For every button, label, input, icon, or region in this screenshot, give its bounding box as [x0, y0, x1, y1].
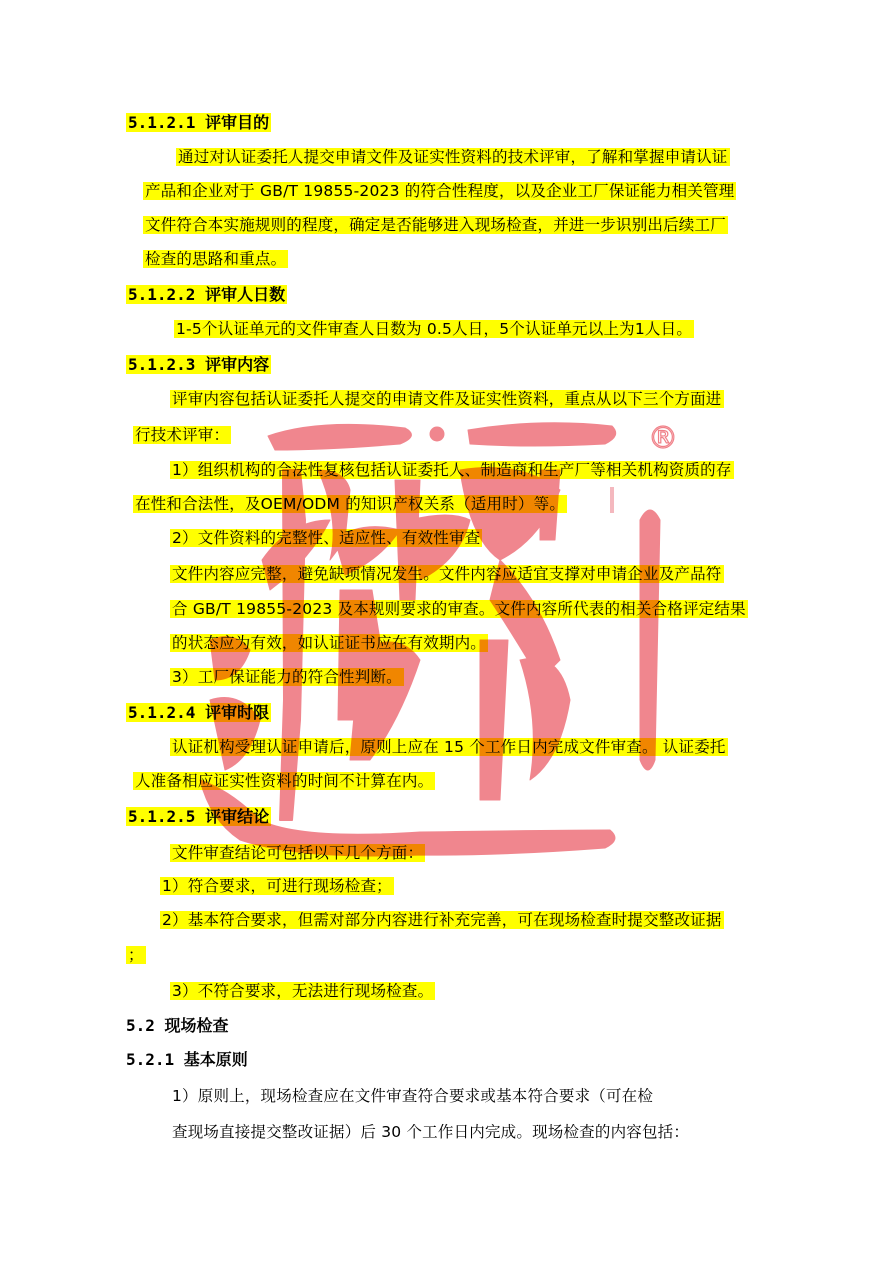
line-text: 合 GB/T 19855-2023 及本规则要求的审查。文件内容所代表的相关合格…: [170, 600, 748, 618]
line-text: 1）符合要求，可进行现场检查；: [160, 877, 394, 895]
paragraph-line: 2）基本符合要求，但需对部分内容进行补充完善，可在现场检查时提交整改证据: [160, 909, 724, 931]
line-text: 在性和合法性，及OEM/ODM 的知识产权关系（适用时）等。: [133, 495, 567, 513]
heading-text: 5.1.2.3 评审内容: [126, 355, 271, 374]
paragraph-line: 认证机构受理认证申请后，原则上应在 15 个工作日内完成文件审查。 认证委托: [170, 736, 728, 758]
line-text: 查现场直接提交整改证据）后 30 个工作日内完成。现场检查的内容包括：: [172, 1123, 689, 1141]
paragraph-line: 产品和企业对于 GB/T 19855-2023 的符合性程度，以及企业工厂保证能…: [143, 180, 736, 202]
section-heading: 5.2.1 基本原则: [126, 1049, 248, 1071]
line-text: 的状态应为有效，如认证证书应在有效期内。: [170, 634, 488, 652]
paragraph-line: 1）原则上，现场检查应在文件审查符合要求或基本符合要求（可在检: [172, 1085, 653, 1107]
paragraph-line: ；: [126, 944, 146, 966]
heading-text: 5.2 现场检查: [126, 1016, 229, 1035]
paragraph-line: 3）不符合要求，无法进行现场检查。: [170, 980, 435, 1002]
paragraph-line: 2）文件资料的完整性、适应性、有效性审查: [170, 527, 482, 549]
paragraph-line: 1）符合要求，可进行现场检查；: [160, 875, 394, 897]
line-text: 评审内容包括认证委托人提交的申请文件及证实性资料，重点从以下三个方面进: [170, 390, 724, 408]
paragraph-line: 通过对认证委托人提交申请文件及证实性资料的技术评审，了解和掌握申请认证: [176, 146, 730, 168]
heading-text: 5.1.2.4 评审时限: [126, 703, 271, 722]
section-heading: 5.1.2.5 评审结论: [126, 806, 271, 828]
paragraph-line: 1）组织机构的合法性复核包括认证委托人、制造商和生产厂等相关机构资质的存: [170, 459, 734, 481]
section-heading: 5.1.2.2 评审人日数: [126, 284, 287, 306]
line-text: 文件内容应完整，避免缺项情况发生。文件内容应适宜支撑对申请企业及产品符: [170, 565, 724, 583]
paragraph-line: 检查的思路和重点。: [143, 248, 288, 270]
line-text: ；: [126, 946, 146, 964]
line-text: 文件审查结论可包括以下几个方面：: [170, 844, 425, 862]
heading-text: 5.1.2.1 评审目的: [126, 113, 271, 132]
line-text: 2）基本符合要求，但需对部分内容进行补充完善，可在现场检查时提交整改证据: [160, 911, 724, 929]
line-text: 3）工厂保证能力的符合性判断。: [170, 668, 404, 686]
line-text: 文件符合本实施规则的程度，确定是否能够进入现场检查，并进一步识别出后续工厂: [143, 216, 728, 234]
paragraph-line: 1-5个认证单元的文件审查人日数为 0.5人日，5个认证单元以上为1人日。: [174, 318, 694, 340]
paragraph-line: 行技术评审：: [133, 424, 231, 446]
line-text: 产品和企业对于 GB/T 19855-2023 的符合性程度，以及企业工厂保证能…: [143, 182, 736, 200]
line-text: 行技术评审：: [133, 426, 231, 444]
paragraph-line: 在性和合法性，及OEM/ODM 的知识产权关系（适用时）等。: [133, 493, 567, 515]
line-text: 人准备相应证实性资料的时间不计算在内。: [133, 772, 435, 790]
paragraph-line: 的状态应为有效，如认证证书应在有效期内。: [170, 632, 488, 654]
document-page: 5.1.2.1 评审目的 通过对认证委托人提交申请文件及证实性资料的技术评审，了…: [0, 0, 893, 1263]
line-text: 通过对认证委托人提交申请文件及证实性资料的技术评审，了解和掌握申请认证: [176, 148, 730, 166]
section-heading: 5.1.2.3 评审内容: [126, 354, 271, 376]
section-heading: 5.1.2.4 评审时限: [126, 702, 271, 724]
paragraph-line: 文件审查结论可包括以下几个方面：: [170, 842, 425, 864]
paragraph-line: 合 GB/T 19855-2023 及本规则要求的审查。文件内容所代表的相关合格…: [170, 598, 748, 620]
paragraph-line: 人准备相应证实性资料的时间不计算在内。: [133, 770, 435, 792]
section-heading: 5.2 现场检查: [126, 1015, 229, 1037]
heading-text: 5.1.2.2 评审人日数: [126, 285, 287, 304]
paragraph-line: 文件符合本实施规则的程度，确定是否能够进入现场检查，并进一步识别出后续工厂: [143, 214, 728, 236]
paragraph-line: 查现场直接提交整改证据）后 30 个工作日内完成。现场检查的内容包括：: [172, 1121, 689, 1143]
section-heading: 5.1.2.1 评审目的: [126, 112, 271, 134]
line-text: 1）原则上，现场检查应在文件审查符合要求或基本符合要求（可在检: [172, 1087, 653, 1105]
line-text: 1）组织机构的合法性复核包括认证委托人、制造商和生产厂等相关机构资质的存: [170, 461, 734, 479]
line-text: 3）不符合要求，无法进行现场检查。: [170, 982, 435, 1000]
paragraph-line: 3）工厂保证能力的符合性判断。: [170, 666, 404, 688]
heading-text: 5.2.1 基本原则: [126, 1050, 248, 1069]
paragraph-line: 评审内容包括认证委托人提交的申请文件及证实性资料，重点从以下三个方面进: [170, 388, 724, 410]
heading-text: 5.1.2.5 评审结论: [126, 807, 271, 826]
line-text: 1-5个认证单元的文件审查人日数为 0.5人日，5个认证单元以上为1人日。: [174, 320, 694, 338]
paragraph-line: 文件内容应完整，避免缺项情况发生。文件内容应适宜支撑对申请企业及产品符: [170, 563, 724, 585]
line-text: 2）文件资料的完整性、适应性、有效性审查: [170, 529, 482, 547]
line-text: 认证机构受理认证申请后，原则上应在 15 个工作日内完成文件审查。 认证委托: [170, 738, 728, 756]
line-text: 检查的思路和重点。: [143, 250, 288, 268]
